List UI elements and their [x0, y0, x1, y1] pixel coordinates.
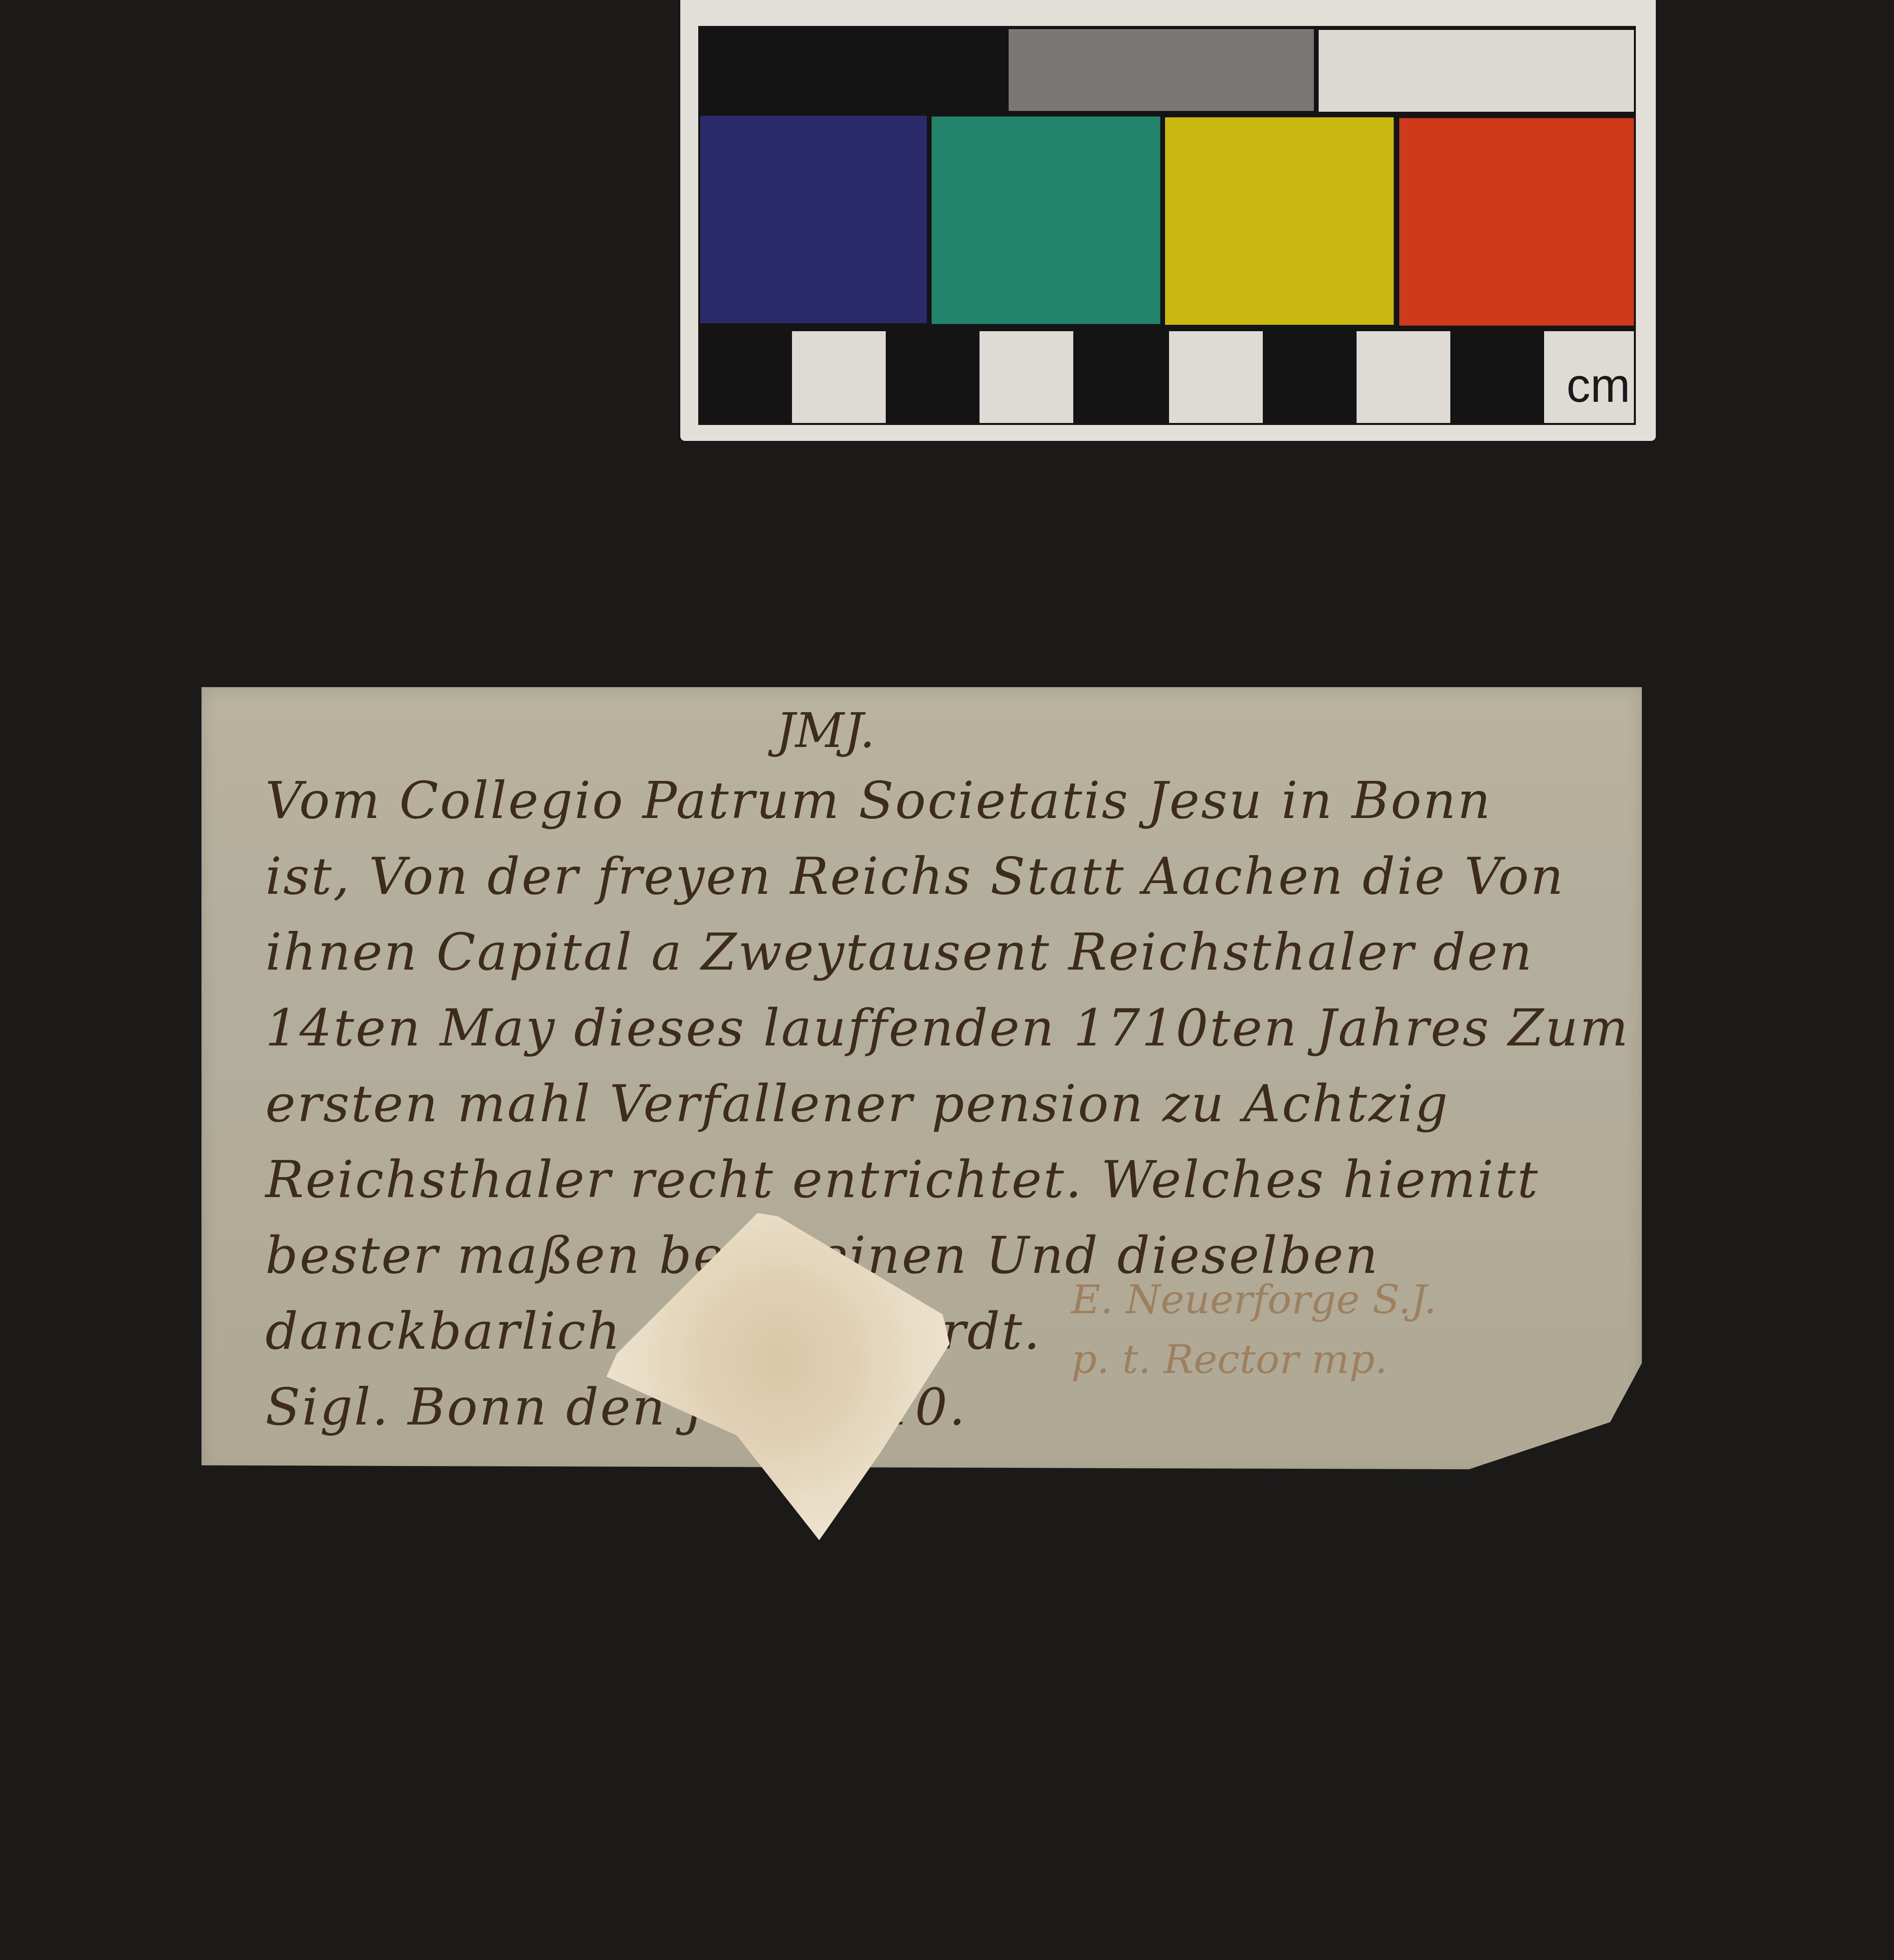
scale-segment	[1357, 331, 1450, 423]
body-line: ihnen Capital a Zweytausent Reichsthaler…	[265, 915, 1582, 990]
body-line: Reichsthaler recht entrichtet. Welches h…	[265, 1142, 1582, 1218]
scale-unit-label: cm	[1566, 358, 1630, 413]
signature-block: E. Neuerforge S.J. p. t. Rector mp.	[1071, 1270, 1436, 1389]
green-patch	[932, 117, 1160, 324]
yellow-patch	[1165, 117, 1394, 325]
scale-segment	[1169, 331, 1263, 423]
blue-patch	[700, 116, 927, 323]
color-calibration-card: cm	[680, 0, 1656, 441]
body-line: 14ten May dieses lauffenden 1710ten Jahr…	[265, 990, 1582, 1066]
signature-line: E. Neuerforge S.J.	[1071, 1270, 1436, 1330]
black-patch	[698, 26, 1007, 112]
color-patch-row	[698, 116, 1636, 325]
scale-segment	[980, 331, 1073, 423]
gray-patch	[1009, 29, 1314, 111]
body-line: Vom Collegio Patrum Societatis Jesu in B…	[265, 763, 1582, 839]
red-patch	[1399, 118, 1634, 326]
centimeter-scale: cm	[698, 327, 1636, 425]
signature-line: p. t. Rector mp.	[1071, 1330, 1436, 1389]
scale-segment	[792, 331, 886, 423]
white-patch	[1319, 30, 1634, 112]
body-line: ersten mahl Verfallener pension zu Achtz…	[265, 1066, 1582, 1142]
color-card-frame: cm	[698, 26, 1636, 425]
document-heading: JMJ.	[776, 703, 875, 759]
body-line: ist, Von der freyen Reichs Statt Aachen …	[265, 839, 1582, 915]
gray-patch-row	[698, 26, 1636, 112]
